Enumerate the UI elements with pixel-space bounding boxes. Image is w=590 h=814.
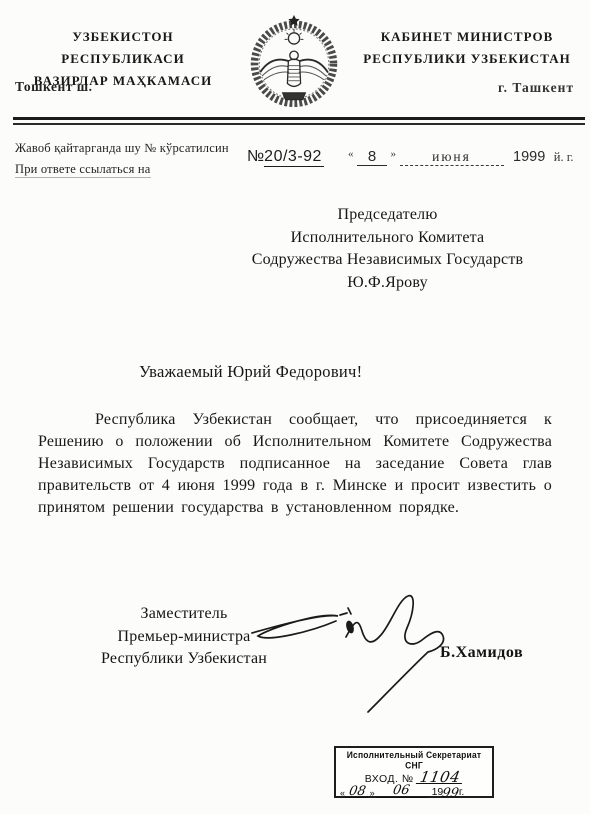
addressee-line: Содружества Независимых Государств [240, 249, 535, 272]
stamp-month-segment: 06 [376, 785, 428, 798]
letterhead-right: КАБИНЕТ МИНИСТРОВ РЕСПУБЛИКИ УЗБЕКИСТАН [356, 26, 578, 70]
date-year-suffix: й. г. [554, 150, 574, 164]
letterhead-right-line1: КАБИНЕТ МИНИСТРОВ [356, 26, 578, 48]
stamp-year-hand: 99 [441, 789, 459, 799]
reference-note-ru: При ответе ссылаться на [15, 162, 151, 178]
date-month: июня [400, 149, 504, 166]
divider-rule-bottom [13, 123, 585, 125]
reference-number-value: 20/3-92 [264, 148, 324, 167]
letterhead-right-line2: РЕСПУБЛИКИ УЗБЕКИСТАН [356, 48, 578, 70]
incoming-stamp: Исполнительный Секретариат СНГ ВХОД. № 1… [334, 746, 494, 798]
date-close-quote: » [391, 148, 397, 160]
letterhead-left-city: Тошкент ш. [15, 79, 93, 95]
addressee-block: Председателю Исполнительного Комитета Со… [240, 204, 535, 294]
signer-name: Б.Хамидов [440, 644, 523, 662]
stamp-close-quote: » [370, 788, 375, 798]
handwritten-signature [240, 585, 460, 725]
stamp-entry-number: 1104 [416, 771, 464, 784]
date-line: « 8 » июня 1999 й. г. [348, 148, 584, 166]
salutation: Уважаемый Юрий Федорович! [139, 362, 362, 382]
stamp-entry-line: ВХОД. № 1104 [339, 771, 489, 785]
reference-note-uz: Жавоб қайтарганда шу № кўрсатилсин [15, 138, 255, 159]
scanned-letter-page: УЗБЕКИСТОН РЕСПУБЛИКАСИ ВАЗИРЛАР МАҲКАМА… [0, 0, 590, 814]
stamp-day: 08 [345, 786, 370, 798]
letterhead-right-city: г. Ташкент [498, 80, 574, 96]
reference-number: №20/3-92 [247, 148, 324, 166]
stamp-date-line: « 08 » 06 19 99 г. [339, 785, 489, 798]
stamp-month: 06 [392, 785, 410, 796]
divider-rule-top [13, 117, 585, 120]
uzbekistan-state-emblem-icon [247, 12, 341, 110]
reference-note: Жавоб қайтарганда шу № кўрсатилсин При о… [15, 138, 255, 180]
addressee-line: Ю.Ф.Ярову [240, 272, 535, 295]
stamp-org-name: Исполнительный Секретариат СНГ [339, 750, 489, 771]
date-year: 1999 [513, 149, 545, 165]
date-open-quote: « [348, 148, 354, 160]
addressee-line: Исполнительного Комитета [240, 227, 535, 250]
date-day: 8 [357, 148, 387, 166]
letter-body: Республика Узбекистан сообщает, что прис… [38, 409, 552, 519]
addressee-line: Председателю [240, 204, 535, 227]
letterhead-left-line1: УЗБЕКИСТОН РЕСПУБЛИКАСИ [12, 26, 234, 70]
reference-number-prefix: № [247, 148, 264, 165]
